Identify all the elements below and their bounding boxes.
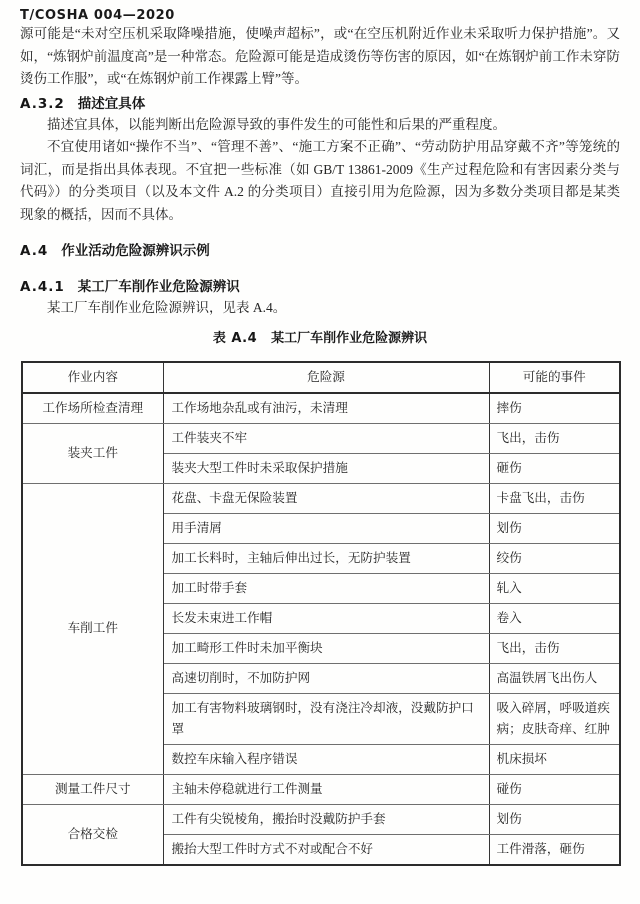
event-cell: 工件滑落，砸伤 (489, 834, 620, 865)
section-title: 作业活动危险源辨识示例 (61, 243, 210, 259)
event-cell: 砸伤 (489, 453, 620, 483)
event-cell: 高温铁屑飞出伤人 (489, 663, 620, 693)
paragraph-a32-2: 不宜使用诸如“操作不当”、“管理不善”、“施工方案不正确”、“劳动防护用品穿戴不… (20, 136, 620, 226)
section-number: A.3.2 (20, 96, 65, 112)
event-cell: 飞出，击伤 (489, 423, 620, 453)
table-row: 工作场所检查清理 工作场地杂乱或有油污，未清理 摔伤 (22, 393, 620, 424)
hazard-cell: 花盘、卡盘无保险装置 (163, 483, 489, 513)
table-header-row: 作业内容 危险源 可能的事件 (22, 362, 620, 393)
table-row: 合格交检 工件有尖锐棱角，搬抬时没戴防护手套 划伤 (22, 804, 620, 834)
activity-cell: 车削工件 (22, 483, 163, 774)
column-header-event: 可能的事件 (489, 362, 620, 393)
table-caption-title: 某工厂车削作业危险源辨识 (271, 331, 427, 346)
standard-number: T/COSHA 004—2020 (20, 8, 620, 23)
section-title: 某工厂车削作业危险源辨识 (78, 279, 240, 295)
event-cell: 卡盘飞出，击伤 (489, 483, 620, 513)
column-header-hazard: 危险源 (163, 362, 489, 393)
table-row: 装夹工件 工件装夹不牢 飞出，击伤 (22, 423, 620, 453)
hazard-identification-table: 作业内容 危险源 可能的事件 工作场所检查清理 工作场地杂乱或有油污，未清理 摔… (21, 361, 621, 866)
event-cell: 碰伤 (489, 774, 620, 804)
table-row: 车削工件 花盘、卡盘无保险装置 卡盘飞出，击伤 (22, 483, 620, 513)
event-cell: 机床损坏 (489, 744, 620, 774)
activity-cell: 装夹工件 (22, 423, 163, 483)
activity-cell: 工作场所检查清理 (22, 393, 163, 424)
section-title: 描述宜具体 (78, 96, 146, 112)
hazard-cell: 工件有尖锐棱角，搬抬时没戴防护手套 (163, 804, 489, 834)
activity-cell: 测量工件尺寸 (22, 774, 163, 804)
table-row: 测量工件尺寸 主轴未停稳就进行工件测量 碰伤 (22, 774, 620, 804)
hazard-cell: 用手清屑 (163, 513, 489, 543)
hazard-cell: 搬抬大型工件时方式不对或配合不好 (163, 834, 489, 865)
hazard-cell: 长发未束进工作帽 (163, 603, 489, 633)
section-heading-a4: A.4作业活动危险源辨识示例 (20, 242, 620, 261)
event-cell: 吸入碎屑，呼吸道疾病；皮肤奇痒、红肿 (489, 693, 620, 744)
event-cell: 卷入 (489, 603, 620, 633)
continuation-paragraph: 源可能是“未对空压机采取降噪措施，使噪声超标”，或“在空压机附近作业未采取听力保… (20, 23, 620, 91)
event-cell: 轧入 (489, 573, 620, 603)
event-cell: 飞出，击伤 (489, 633, 620, 663)
hazard-cell: 数控车床输入程序错误 (163, 744, 489, 774)
hazard-cell: 工件装夹不牢 (163, 423, 489, 453)
table-caption: 表 A.4某工厂车削作业危险源辨识 (20, 329, 620, 348)
section-heading-a41: A.4.1某工厂车削作业危险源辨识 (20, 278, 620, 297)
hazard-cell: 主轴未停稳就进行工件测量 (163, 774, 489, 804)
paragraph-a41: 某工厂车削作业危险源辨识，见表 A.4。 (20, 297, 620, 320)
event-cell: 划伤 (489, 513, 620, 543)
hazard-cell: 工作场地杂乱或有油污，未清理 (163, 393, 489, 424)
hazard-cell: 加工长料时，主轴后伸出过长，无防护装置 (163, 543, 489, 573)
paragraph-a32-1: 描述宜具体，以能判断出危险源导致的事件发生的可能性和后果的严重程度。 (20, 114, 620, 137)
event-cell: 绞伤 (489, 543, 620, 573)
hazard-cell: 装夹大型工件时未采取保护措施 (163, 453, 489, 483)
column-header-activity: 作业内容 (22, 362, 163, 393)
section-number: A.4 (20, 243, 48, 259)
document-page: T/COSHA 004—2020 源可能是“未对空压机采取降噪措施，使噪声超标”… (0, 0, 640, 866)
section-number: A.4.1 (20, 279, 65, 295)
hazard-cell: 加工有害物料玻璃钢时，没有浇注冷却液，没戴防护口罩 (163, 693, 489, 744)
event-cell: 摔伤 (489, 393, 620, 424)
hazard-cell: 高速切削时，不加防护网 (163, 663, 489, 693)
activity-cell: 合格交检 (22, 804, 163, 865)
section-heading-a32: A.3.2描述宜具体 (20, 95, 620, 114)
hazard-cell: 加工畸形工件时未加平衡块 (163, 633, 489, 663)
table-caption-number: 表 A.4 (213, 331, 257, 346)
hazard-cell: 加工时带手套 (163, 573, 489, 603)
event-cell: 划伤 (489, 804, 620, 834)
